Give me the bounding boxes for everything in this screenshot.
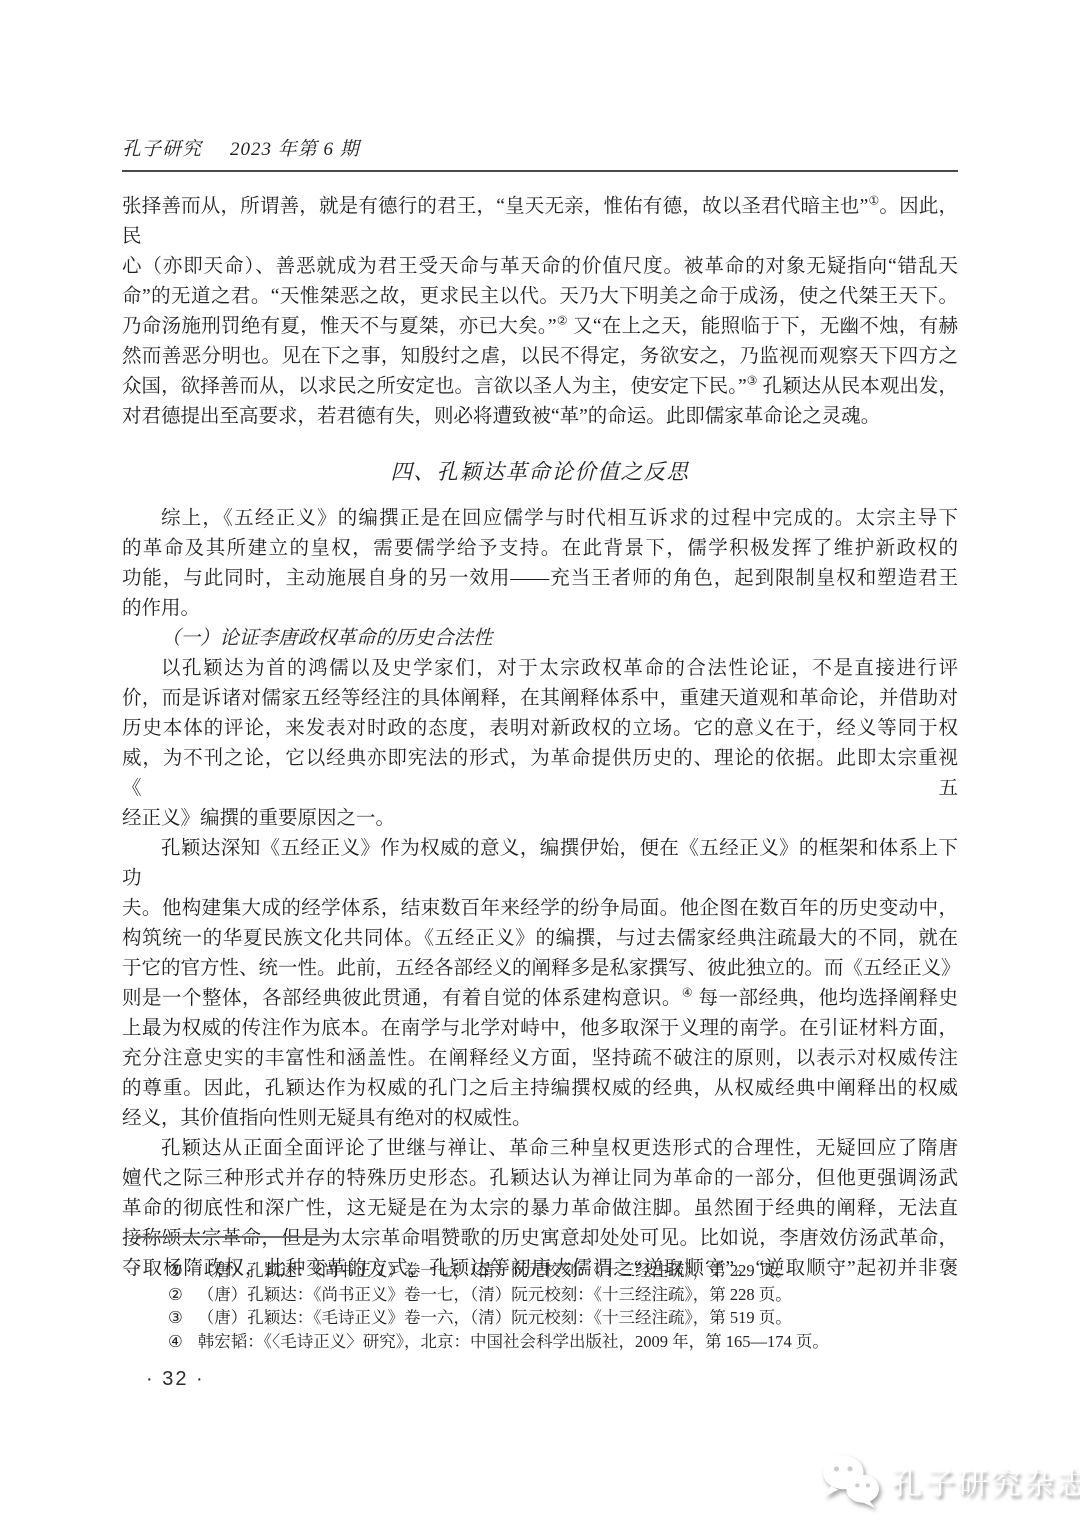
footnote-ref: ④ [682, 986, 693, 1000]
paragraph-line: 上最为权威的传注作为底本。在南学与北学对峙中，他多取深于义理的南学。在引证材料方… [122, 1014, 958, 1044]
paragraph-line: 价，而是诉诸对儒家五经等经注的具体阐释，在其阐释体系中，重建天道观和革命论，并借… [122, 684, 958, 714]
paragraph-line: 以孔颖达为首的鸿儒以及史学家们，对于太宗政权革命的合法性论证，不是直接进行评 [122, 654, 958, 684]
watermark-label: 孔子研究杂志 [892, 1459, 1080, 1503]
footnote-item: ③（唐）孔颖达：《毛诗正义》卷一六，（清）阮元校刻：《十三经注疏》，第 519 … [122, 1306, 958, 1330]
paragraph-line: 综上，《五经正义》的编撰正是在回应儒学与时代相互诉求的过程中完成的。太宗主导下 [122, 504, 958, 534]
paragraph-line: 则是一个整体，各部经典彼此贯通，有着自觉的体系建构意识。④ 每一部经典，他均选择… [122, 984, 958, 1014]
footnote-ref: ① [868, 194, 879, 208]
paragraph-line: 命”的无道之君。“天惟桀恶之故，更求民主以代。天乃大下明美之命于成汤，使之代桀王… [122, 282, 958, 312]
paragraph-line: 孔颖达深知《五经正义》作为权威的意义，编撰伊始，便在《五经正义》的框架和体系上下… [122, 834, 958, 894]
paragraph-line: 威，为不刊之论，它以经典亦即宪法的形式，为革命提供历史的、理论的依据。此即太宗重… [122, 744, 958, 804]
paragraph-line: 构筑统一的华夏民族文化共同体。《五经正义》的编撰，与过去儒家经典注疏最大的不同，… [122, 924, 958, 954]
footnote-list: ①（唐）孔颖达：《尚书正义》卷一七，（清）阮元校刻：《十三经注疏》，第 229 … [122, 1259, 958, 1353]
paragraph-line: 夫。他构建集大成的经学体系，结束数百年来经学的纷争局面。他企图在数百年的历史变动… [122, 894, 958, 924]
footnote-text: 韩宏韬：《〈毛诗正义〉研究》，北京：中国社会科学出版社，2009 年，第 165… [198, 1330, 958, 1354]
watermark: 孔子研究杂志 [820, 1452, 1080, 1510]
footnote-item: ④韩宏韬：《〈毛诗正义〉研究》，北京：中国社会科学出版社，2009 年，第 16… [122, 1330, 958, 1354]
paragraph-line: 的作用。 [122, 594, 958, 624]
paragraph-line: 心（亦即天命）、善恶就成为君王受天命与革天命的价值尺度。被革命的对象无疑指向“错… [122, 252, 958, 282]
footnote-block: ①（唐）孔颖达：《尚书正义》卷一七，（清）阮元校刻：《十三经注疏》，第 229 … [122, 1236, 958, 1353]
paragraph-line: 经正义》编撰的重要原因之一。 [122, 804, 958, 834]
body-text: 张择善而从，所谓善，就是有德行的君王，“皇天无亲，惟佑有德，故以圣君代暗主也”①… [122, 192, 958, 1284]
paragraph-line: 孔颖达从正面全面评论了世继与禅让、革命三种皇权更迭形式的合理性，无疑回应了隋唐 [122, 1134, 958, 1164]
paragraph-line: 乃命汤施刑罚绝有夏，惟天不与夏桀，亦已大矣。”② 又“在上之天，能照临于下，无幽… [122, 312, 958, 342]
paragraph-line: 的革命及其所建立的皇权，需要儒学给予支持。在此背景下，儒学积极发挥了维护新政权的 [122, 534, 958, 564]
footnote-marker: ① [168, 1259, 183, 1283]
paragraph-line: 的尊重。因此，孔颖达作为权威的孔门之后主持编撰权威的经典，从权威经典中阐释出的权… [122, 1074, 958, 1104]
footnote-divider [136, 1236, 332, 1238]
paragraph-line: 张择善而从，所谓善，就是有德行的君王，“皇天无亲，惟佑有德，故以圣君代暗主也”①… [122, 192, 958, 252]
footnote-marker: ③ [168, 1306, 183, 1330]
journal-page: 孔子研究 2023 年第 6 期 张择善而从，所谓善，就是有德行的君王，“皇天无… [0, 0, 1080, 1526]
paragraph-line: 于它的官方性、统一性。此前，五经各部经义的阐释多是私家撰写、彼此独立的。而《五经… [122, 954, 958, 984]
paragraph-line: 革命的彻底性和深广性，这无疑是在为太宗的暴力革命做注脚。虽然囿于经典的阐释，无法… [122, 1194, 958, 1224]
section-heading: 四、孔颖达革命论价值之反思 [122, 457, 958, 487]
running-head: 孔子研究 2023 年第 6 期 [122, 134, 958, 172]
paragraph-line: 嬗代之际三种形式并存的特殊历史形态。孔颖达认为禅让同为革命的一部分，但他更强调汤… [122, 1164, 958, 1194]
footnote-item: ②（唐）孔颖达：《尚书正义》卷一七，（清）阮元校刻：《十三经注疏》，第 228 … [122, 1283, 958, 1307]
paragraph-line: 充分注意史实的丰富性和涵盖性。在阐释经义方面，坚持疏不破注的原则，以表示对权威传… [122, 1044, 958, 1074]
journal-issue: 2023 年第 6 期 [230, 134, 360, 161]
paragraph-line: 对君德提出至高要求，若君德有失，则必将遭致被“革”的命运。此即儒家革命论之灵魂。 [122, 402, 958, 432]
journal-title: 孔子研究 [122, 134, 202, 161]
paragraph-line: 众国，欲择善而从，以求民之所安定也。言欲以圣人为主，使安定下民。”③ 孔颖达从民… [122, 372, 958, 402]
footnote-text: （唐）孔颖达：《尚书正义》卷一七，（清）阮元校刻：《十三经注疏》，第 229 页… [198, 1259, 958, 1283]
paragraph-line: 然而善恶分明也。见在下之事，知殷纣之虐，以民不得定，务欲安之，乃监视而观察天下四… [122, 342, 958, 372]
paragraph-line: 功能，与此同时，主动施展自身的另一效用——充当王者师的角色，起到限制皇权和塑造君… [122, 564, 958, 594]
footnote-ref: ③ [747, 374, 758, 388]
footnote-text: （唐）孔颖达：《毛诗正义》卷一六，（清）阮元校刻：《十三经注疏》，第 519 页… [198, 1306, 958, 1330]
page-number: · 32 · [146, 1368, 205, 1391]
wechat-icon [820, 1452, 882, 1510]
paragraph-line: 历史本体的评论，来发表对时政的态度，表明对新政权的立场。它的意义在于，经义等同于… [122, 714, 958, 744]
sub-section-heading: （一）论证李唐政权革命的历史合法性 [122, 624, 958, 654]
paragraph-line: 经义，其价值指向性则无疑具有绝对的权威性。 [122, 1104, 958, 1134]
footnote-item: ①（唐）孔颖达：《尚书正义》卷一七，（清）阮元校刻：《十三经注疏》，第 229 … [122, 1259, 958, 1283]
footnote-marker: ④ [168, 1330, 183, 1354]
footnote-marker: ② [168, 1283, 183, 1307]
footnote-text: （唐）孔颖达：《尚书正义》卷一七，（清）阮元校刻：《十三经注疏》，第 228 页… [198, 1283, 958, 1307]
footnote-ref: ② [557, 314, 568, 328]
